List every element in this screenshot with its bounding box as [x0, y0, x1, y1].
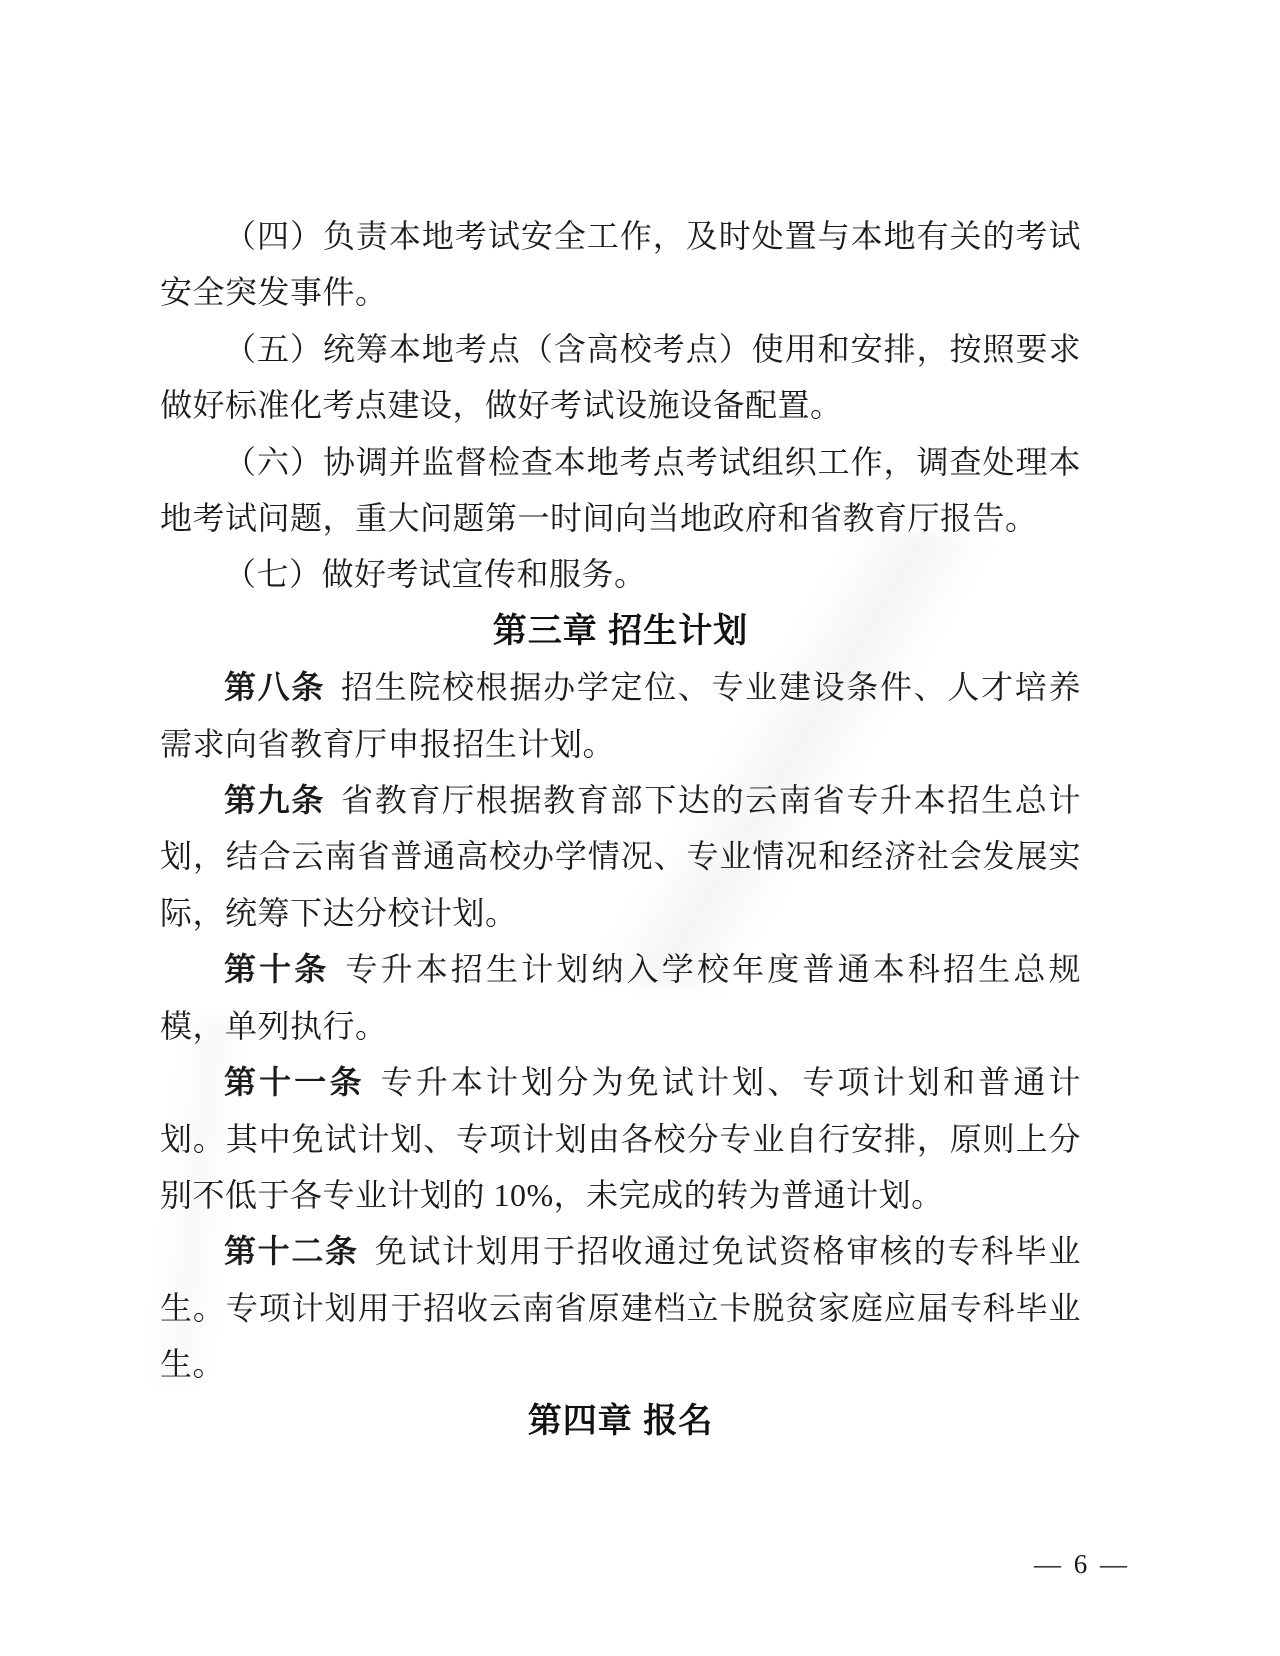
article-paragraph: 第八条招生院校根据办学定位、专业建设条件、人才培养需求向省教育厅申报招生计划。 [160, 659, 1081, 772]
article-paragraph: 第十一条专升本计划分为免试计划、专项计划和普通计划。其中免试计划、专项计划由各校… [160, 1054, 1081, 1223]
article-number-label: 第十二条 [224, 1233, 359, 1269]
article-text: （七）做好考试宣传和服务。 [224, 556, 647, 592]
article-paragraph: 第十二条免试计划用于招收通过免试资格审核的专科毕业生。专项计划用于招收云南省原建… [160, 1223, 1081, 1392]
article-paragraph: （五）统筹本地考点（含高校考点）使用和安排，按照要求做好标准化考点建设，做好考试… [160, 321, 1081, 434]
chapter-heading: 第四章 报名 [160, 1393, 1081, 1449]
article-text: （六）协调并监督检查本地考点考试组织工作，调查处理本地考试问题，重大问题第一时间… [160, 444, 1081, 536]
document-page: （四）负责本地考试安全工作，及时处置与本地有关的考试安全突发事件。（五）统筹本地… [0, 0, 1280, 1656]
article-text: （四）负责本地考试安全工作，及时处置与本地有关的考试安全突发事件。 [160, 218, 1081, 310]
article-paragraph: （四）负责本地考试安全工作，及时处置与本地有关的考试安全突发事件。 [160, 208, 1081, 321]
page-number: — 6 — [1034, 1549, 1130, 1580]
chapter-heading: 第三章 招生计划 [160, 603, 1081, 659]
article-number-label: 第九条 [224, 782, 325, 818]
article-number-label: 第十一条 [224, 1064, 365, 1100]
article-paragraph: （七）做好考试宣传和服务。 [160, 546, 1081, 602]
article-text: （五）统筹本地考点（含高校考点）使用和安排，按照要求做好标准化考点建设，做好考试… [160, 331, 1081, 423]
article-paragraph: 第九条省教育厅根据教育部下达的云南省专升本招生总计划，结合云南省普通高校办学情况… [160, 772, 1081, 941]
article-paragraph: （六）协调并监督检查本地考点考试组织工作，调查处理本地考试问题，重大问题第一时间… [160, 434, 1081, 547]
document-body: （四）负责本地考试安全工作，及时处置与本地有关的考试安全突发事件。（五）统筹本地… [160, 208, 1081, 1449]
article-number-label: 第八条 [224, 669, 325, 705]
article-number-label: 第十条 [224, 951, 329, 987]
article-paragraph: 第十条专升本招生计划纳入学校年度普通本科招生总规模，单列执行。 [160, 941, 1081, 1054]
